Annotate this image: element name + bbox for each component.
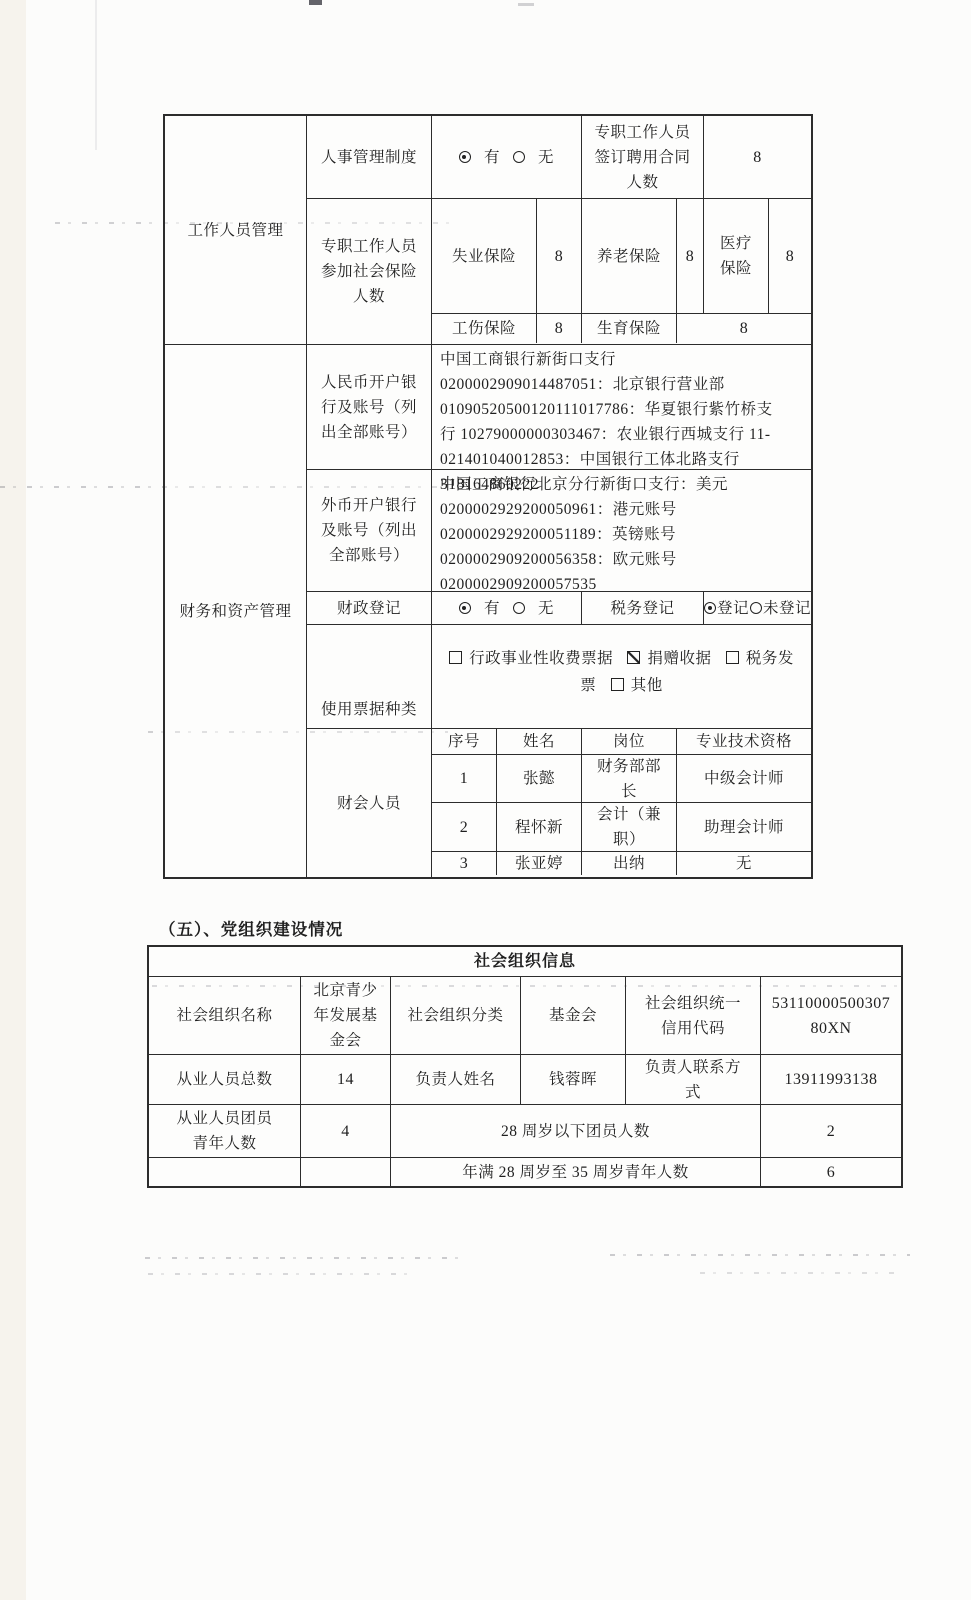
foreign-bank-value: 中国工商银行北京分行新街口支行：美元 0200002929200050961：港… (432, 470, 811, 591)
rmb-bank-label: 人民币开户银行及账号（列出全部账号） (307, 345, 432, 469)
acct-post: 会计（兼职） (582, 803, 677, 851)
table-title: 社会组织信息 (149, 947, 901, 977)
contract-count-value: 8 (704, 116, 811, 198)
maternity-value: 8 (677, 314, 811, 343)
hr-policy-radios: 有 无 (432, 116, 582, 198)
unemployment-label: 失业保险 (432, 199, 537, 313)
credit-code-label: 社会组织统一信用代码 (626, 977, 761, 1054)
empty-cell (301, 1158, 391, 1186)
pension-label: 养老保险 (582, 199, 677, 313)
scan-mark (309, 0, 322, 5)
section-heading: （五）、党组织建设情况 (159, 916, 343, 940)
invoice-options: 行政事业性收费票据 捐赠收据 税务发票 其他 (432, 625, 811, 728)
head-name-value: 钱蓉晖 (521, 1055, 626, 1104)
fiscal-radios: 有 无 (432, 592, 582, 624)
section-column: 工作人员管理 财务和资产管理 (165, 116, 307, 877)
radio-yes-icon (459, 151, 471, 163)
accountants-band: 财会人员 序号 姓名 岗位 专业技术资格 1 张懿 财务部部长 中级会计师 2 … (307, 729, 811, 877)
org-type-label: 社会组织分类 (391, 977, 521, 1054)
scan-artifact (700, 1272, 900, 1274)
acct-index: 3 (432, 852, 497, 875)
checkbox-donation-icon (627, 651, 640, 664)
youth-member-value: 4 (301, 1105, 391, 1157)
under28-value: 2 (761, 1105, 901, 1157)
table-row: 从业人员总数 14 负责人姓名 钱蓉晖 负责人联系方式 13911993138 (149, 1055, 901, 1105)
rmb-bank-row: 人民币开户银行及账号（列出全部账号） 中国工商银行新街口支行 020000290… (307, 345, 811, 470)
radio-registered-label: 登记 (717, 596, 749, 621)
acct-post: 出纳 (582, 852, 677, 875)
staff-total-label: 从业人员总数 (149, 1055, 301, 1104)
org-name-label: 社会组织名称 (149, 977, 301, 1054)
col-header-post: 岗位 (582, 729, 677, 754)
acct-qualification: 中级会计师 (677, 755, 811, 802)
medical-value: 8 (769, 199, 811, 313)
head-contact-label: 负责人联系方式 (626, 1055, 761, 1104)
org-name-value: 北京青少年发展基金会 (301, 977, 391, 1054)
unemployment-value: 8 (537, 199, 582, 313)
table-row: 3 张亚婷 出纳 无 (432, 852, 811, 875)
management-table: 工作人员管理 财务和资产管理 人事管理制度 有 无 专职工作人员签订聘用合同人数… (163, 114, 813, 879)
radio-yes-icon (459, 602, 471, 614)
age28-35-label: 年满 28 周岁至 35 周岁青年人数 (391, 1158, 761, 1186)
contract-count-label: 专职工作人员签订聘用合同人数 (582, 116, 704, 198)
checkbox-other-label: 其他 (631, 677, 663, 694)
radio-registered-icon (704, 602, 716, 614)
radio-no-icon (513, 151, 525, 163)
table-row: 1 张懿 财务部部长 中级会计师 (432, 755, 811, 803)
foreign-bank-row: 外币开户银行及账号（列出全部账号） 中国工商银行北京分行新街口支行：美元 020… (307, 470, 811, 592)
radio-yes-label: 有 (484, 596, 500, 621)
section-label-finance: 财务和资产管理 (165, 345, 306, 877)
checkbox-admin-fee-icon (449, 651, 462, 664)
acct-name: 张懿 (497, 755, 582, 802)
tax-radios: 登记 未登记 (704, 592, 811, 624)
acct-qualification: 无 (677, 852, 811, 875)
rmb-bank-value: 中国工商银行新街口支行 0200002909014487051：北京银行营业部 … (432, 345, 811, 469)
scan-streak (95, 0, 97, 150)
credit-code-value: 5311000050030780XN (761, 977, 901, 1054)
hr-policy-row: 人事管理制度 有 无 专职工作人员签订聘用合同人数 8 (307, 116, 811, 199)
acct-index: 1 (432, 755, 497, 802)
injury-label: 工伤保险 (432, 314, 537, 343)
accountants-label: 财会人员 (307, 729, 432, 877)
acct-post: 财务部部长 (582, 755, 677, 802)
radio-no-label: 无 (538, 596, 554, 621)
head-name-label: 负责人姓名 (391, 1055, 521, 1104)
checkbox-tax-invoice-icon (726, 651, 739, 664)
radio-unregistered-icon (750, 602, 762, 614)
checkbox-other-icon (611, 678, 624, 691)
section-label-staff: 工作人员管理 (165, 116, 306, 345)
acct-qualification: 助理会计师 (677, 803, 811, 851)
radio-no-label: 无 (538, 145, 554, 170)
tax-label: 税务登记 (582, 592, 704, 624)
acct-name: 程怀新 (497, 803, 582, 851)
youth-member-label: 从业人员团员青年人数 (149, 1105, 301, 1157)
pension-value: 8 (677, 199, 704, 313)
head-contact-value: 13911993138 (761, 1055, 901, 1104)
registration-row: 财政登记 有 无 税务登记 登记 未登记 (307, 592, 811, 625)
invoice-label: 使用票据种类 (307, 625, 432, 728)
under28-label: 28 周岁以下团员人数 (391, 1105, 761, 1157)
maternity-label: 生育保险 (582, 314, 677, 343)
insurance-rows: 专职工作人员参加社会保险人数 失业保险 8 养老保险 8 医疗保险 8 工伤保险… (307, 199, 811, 345)
scan-mark (518, 3, 534, 6)
col-header-qualification: 专业技术资格 (677, 729, 811, 754)
invoice-row: 使用票据种类 行政事业性收费票据 捐赠收据 税务发票 其他 (307, 625, 811, 729)
injury-value: 8 (537, 314, 582, 343)
paper-edge-tint (0, 0, 26, 1600)
age28-35-value: 6 (761, 1158, 901, 1186)
acct-name: 张亚婷 (497, 852, 582, 875)
org-type-value: 基金会 (521, 977, 626, 1054)
foreign-bank-label: 外币开户银行及账号（列出全部账号） (307, 470, 432, 591)
insurance-label: 专职工作人员参加社会保险人数 (307, 199, 432, 344)
col-header-index: 序号 (432, 729, 497, 754)
col-header-name: 姓名 (497, 729, 582, 754)
table-row: 从业人员团员青年人数 4 28 周岁以下团员人数 2 (149, 1105, 901, 1158)
accountants-header-row: 序号 姓名 岗位 专业技术资格 (432, 729, 811, 755)
hr-policy-label: 人事管理制度 (307, 116, 432, 198)
scan-artifact (145, 1257, 465, 1259)
fiscal-label: 财政登记 (307, 592, 432, 624)
radio-no-icon (513, 602, 525, 614)
medical-label: 医疗保险 (704, 199, 769, 313)
scan-artifact (610, 1254, 910, 1256)
radio-unregistered-label: 未登记 (763, 596, 811, 621)
table-row: 2 程怀新 会计（兼职） 助理会计师 (432, 803, 811, 852)
staff-total-value: 14 (301, 1055, 391, 1104)
table-row: 社会组织名称 北京青少年发展基金会 社会组织分类 基金会 社会组织统一信用代码 … (149, 977, 901, 1055)
empty-cell (149, 1158, 301, 1186)
checkbox-admin-fee-label: 行政事业性收费票据 (469, 650, 613, 667)
organization-info-table: 社会组织信息 社会组织名称 北京青少年发展基金会 社会组织分类 基金会 社会组织… (147, 945, 903, 1188)
checkbox-donation-label: 捐赠收据 (647, 650, 711, 667)
table-row: 年满 28 周岁至 35 周岁青年人数 6 (149, 1158, 901, 1186)
acct-index: 2 (432, 803, 497, 851)
radio-yes-label: 有 (484, 145, 500, 170)
scan-artifact (148, 1273, 408, 1275)
